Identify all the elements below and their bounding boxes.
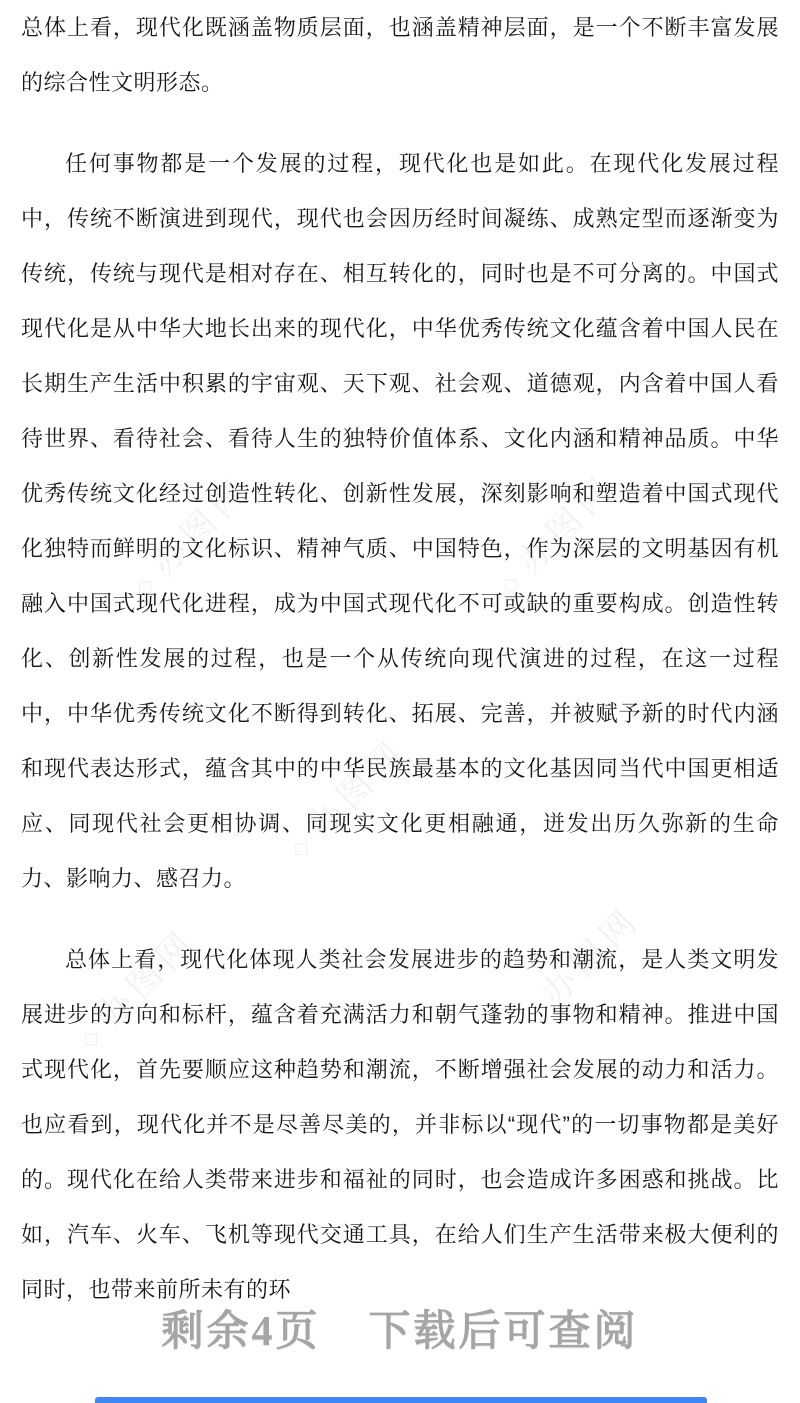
download-hint-label: 下载后可查阅 — [369, 1298, 639, 1358]
document-preview-page: 办图网 办图网 办图网 办图网 办图网 总体上看，现代化既涵盖物质层面，也涵盖精… — [0, 0, 800, 1403]
document-body: 总体上看，现代化既涵盖物质层面，也涵盖精神层面，是一个不断丰富发展的综合性文明形… — [0, 0, 800, 1317]
paragraph: 任何事物都是一个发展的过程，现代化也是如此。在现代化发展过程中，传统不断演进到现… — [21, 136, 779, 906]
remaining-pages-label: 剩余4页 — [161, 1298, 320, 1358]
paragraph: 总体上看，现代化体现人类社会发展进步的趋势和潮流，是人类文明发展进步的方向和标杆… — [21, 932, 779, 1317]
footer-button-bar[interactable] — [95, 1397, 707, 1403]
paragraph-continuation: 总体上看，现代化既涵盖物质层面，也涵盖精神层面，是一个不断丰富发展的综合性文明形… — [21, 0, 779, 110]
remaining-pages-overlay: 剩余4页 下载后可查阅 — [0, 1298, 800, 1358]
